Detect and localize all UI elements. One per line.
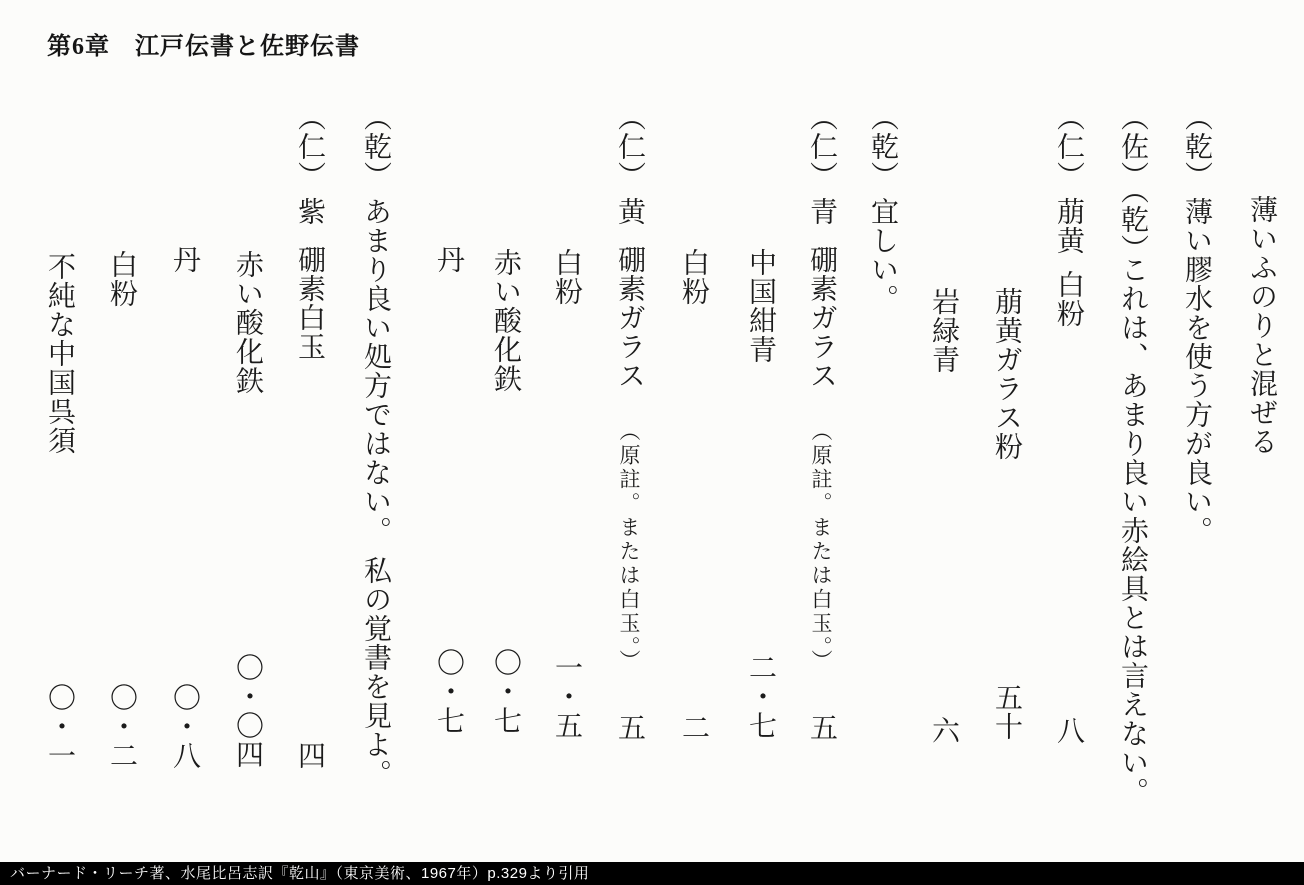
ingredient: 白粉	[551, 248, 581, 306]
ingredient: 赤い酸化鉄	[490, 248, 520, 393]
ingredient: 萠黄ガラス粉	[991, 287, 1021, 461]
ingredient: 硼素白玉	[294, 245, 324, 361]
column-text-continued: 私の覚書を見よ。	[360, 556, 390, 788]
column-text: あまり良い処方ではない。	[360, 197, 390, 545]
amount: 一・五	[551, 653, 581, 740]
amount: 〇・〇四	[232, 653, 262, 769]
source-tag: （仁）	[1053, 103, 1083, 190]
ingredient: 中国紺青	[745, 248, 775, 364]
text-column-16: （仁） 紫 硼素白玉 四	[294, 0, 324, 885]
annotation: （原註。または白玉。）	[810, 420, 832, 674]
ingredient: 白粉	[1053, 270, 1083, 328]
recipe-name: 青	[806, 197, 836, 226]
ingredient: 赤い酸化鉄	[232, 250, 262, 395]
ingredient: 白粉	[678, 248, 708, 306]
ingredient: 不純な中国呉須	[44, 252, 74, 455]
source-tag: （仁）	[294, 103, 324, 190]
amount: 二・七	[745, 653, 775, 740]
book-page: 第6章 江戸伝書と佐野伝書 薄いふのりと混ぜる （乾） 薄い膠水を使う方が良い。…	[0, 0, 1304, 885]
text-column-4: （仁） 萠黄 白粉 八	[1053, 0, 1083, 885]
text-column-2: （乾） 薄い膠水を使う方が良い。	[1181, 0, 1211, 885]
text-column-8: （仁） 青 硼素ガラス （原註。または白玉。） 五	[806, 0, 836, 885]
column-text: これは、あまり良い赤絵具とは言えない。	[1117, 255, 1147, 806]
amount: 〇・八	[169, 683, 199, 770]
text-column-17: 赤い酸化鉄 〇・〇四	[232, 0, 262, 885]
text-column-5: 萠黄ガラス粉 五十	[991, 0, 1021, 885]
ingredient: 硼素ガラス	[806, 245, 836, 390]
amount: 五	[614, 713, 644, 742]
text-column-1: 薄いふのりと混ぜる	[1246, 0, 1276, 885]
citation-bar: バーナード・リーチ著、水尾比呂志訳『乾山』（東京美術、1967年）p.329より…	[0, 862, 1304, 885]
column-text: 薄いふのりと混ぜる	[1246, 195, 1276, 456]
ingredient: 硼素ガラス	[614, 245, 644, 390]
amount: 五	[806, 713, 836, 742]
ingredient: 丹	[433, 245, 463, 274]
ingredient: 岩緑青	[928, 287, 958, 374]
amount: 〇・七	[490, 648, 520, 735]
citation-text: バーナード・リーチ著、水尾比呂志訳『乾山』（東京美術、1967年）p.329より…	[10, 865, 589, 882]
recipe-name: 紫	[294, 197, 324, 226]
recipe-name: 萠黄	[1053, 197, 1083, 255]
ingredient: 白粉	[106, 250, 136, 308]
column-text: 薄い膠水を使う方が良い。	[1181, 197, 1211, 545]
text-column-19: 白粉 〇・二	[106, 0, 136, 885]
amount: 五十	[991, 683, 1021, 741]
amount: 二	[678, 713, 708, 742]
text-column-15: （乾） あまり良い処方ではない。 私の覚書を見よ。	[360, 0, 390, 885]
amount: 六	[928, 716, 958, 745]
recipe-name: 黄	[614, 197, 644, 226]
amount: 四	[294, 741, 324, 770]
text-column-11: （仁） 黄 硼素ガラス （原註。または白玉。） 五	[614, 0, 644, 885]
text-column-9: 中国紺青 二・七	[745, 0, 775, 885]
ingredient: 丹	[169, 245, 199, 274]
text-column-14: 丹 〇・七	[433, 0, 463, 885]
text-column-10: 白粉 二	[678, 0, 708, 885]
amount: 八	[1053, 716, 1083, 745]
text-column-6: 岩緑青 六	[928, 0, 958, 885]
source-tag: （乾）	[360, 103, 390, 190]
text-column-3: （佐）（乾） これは、あまり良い赤絵具とは言えない。	[1117, 0, 1147, 885]
source-tag: （乾）	[1181, 103, 1211, 190]
text-column-7: （乾） 宜しい。	[867, 0, 897, 885]
source-tag: （仁）	[614, 103, 644, 190]
amount: 〇・七	[433, 648, 463, 735]
amount: 〇・二	[106, 683, 136, 770]
annotation: （原註。または白玉。）	[618, 420, 640, 674]
amount: 〇・一	[44, 683, 74, 770]
source-tag: （乾）	[867, 103, 897, 190]
text-column-13: 赤い酸化鉄 〇・七	[490, 0, 520, 885]
text-column-20: 不純な中国呉須 〇・一	[44, 0, 74, 885]
text-column-18: 丹 〇・八	[169, 0, 199, 885]
source-tag: （佐）（乾）	[1117, 103, 1147, 263]
text-column-12: 白粉 一・五	[551, 0, 581, 885]
column-text: 宜しい。	[867, 197, 897, 313]
source-tag: （仁）	[806, 103, 836, 190]
